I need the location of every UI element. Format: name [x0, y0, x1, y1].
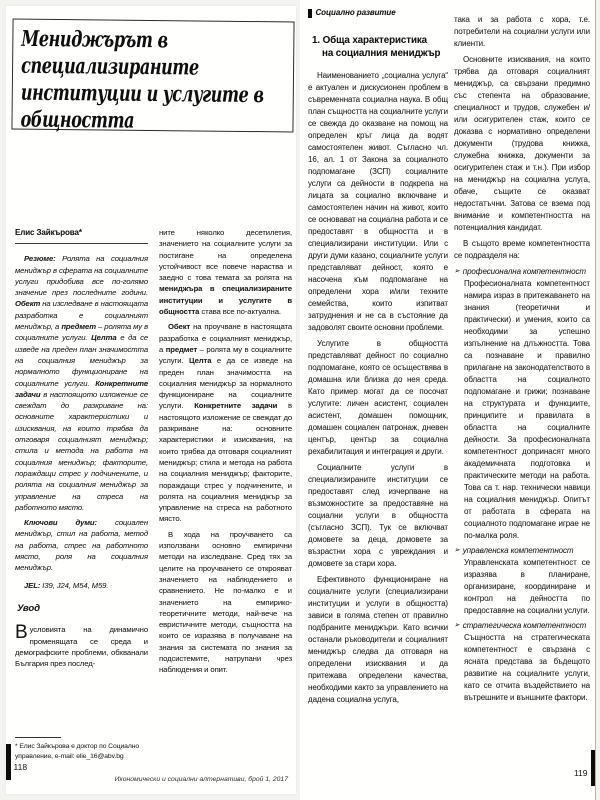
section-heading-line2: на социалния мениджър [312, 47, 448, 60]
section-marker-icon [308, 9, 312, 18]
intro-dropcap: В [15, 624, 30, 640]
section-label: Социално развитие [316, 7, 396, 19]
body-paragraph: ните няколко десетилетия, значението на … [159, 227, 292, 317]
left-page-columns: Елис Зайкърова* Резюме: Ролята на социал… [15, 227, 292, 761]
page-number: 119 [574, 768, 588, 786]
right-column-2: така и за работа с хора, т.е. потребител… [454, 14, 590, 707]
bullet-label: стратегическа компетентност [463, 620, 586, 632]
bullet-arrow-icon: ➢ [454, 620, 460, 632]
footnote-text: * Елис Зайкърова е доктор по Социално уп… [15, 742, 148, 761]
bullet-label: управленска компетентност [463, 545, 574, 557]
right-column-1: Социално развитие 1. Обща характеристика… [308, 7, 448, 710]
body-paragraph: така и за работа с хора, т.е. потребител… [454, 14, 590, 50]
running-header: Социално развитие [308, 7, 448, 19]
article-title: Мениджърът в специализираните институции… [20, 27, 272, 137]
section-heading: 1. Обща характеристика на социалния мени… [312, 34, 448, 60]
footnote-divider [15, 737, 61, 738]
page-edge-bar-icon [591, 750, 596, 786]
journal-footer: Икономически и социални алтернативи, бро… [115, 776, 288, 783]
body-paragraph: Основните изисквания, на които трябва да… [454, 54, 590, 234]
intro-paragraph: Вусловията на динамично променящата се с… [15, 624, 148, 669]
bullet-body: Управленската компетентност се изразява … [454, 557, 590, 617]
bullet-label: професионална компетентност [463, 266, 586, 278]
intro-heading: Увод [17, 603, 148, 614]
jel-line: JEL: I39, J24, M54, M59. [15, 580, 148, 591]
body-paragraph: В хода на проучването са използвани осно… [159, 529, 292, 676]
competency-bullet: ➢ управленска компетентност Управленскат… [454, 545, 590, 617]
bullet-arrow-icon: ➢ [454, 545, 460, 557]
body-paragraph: Обект на проучване в настоящата разработ… [159, 321, 292, 524]
author-footnote: * Елис Зайкърова е доктор по Социално уп… [15, 737, 148, 761]
left-column-2: ните няколко десетилетия, значението на … [159, 227, 292, 761]
author-name: Елис Зайкърова* [15, 227, 148, 244]
left-page: Мениджърът в специализираните институции… [6, 6, 296, 794]
body-paragraph: Ефективното функциониране на социалните … [308, 574, 448, 706]
intro-text: условията на динамично променящата се ср… [15, 625, 148, 668]
competency-bullet: ➢ професионална компетентност Професиона… [454, 266, 590, 542]
left-column-1: Елис Зайкърова* Резюме: Ролята на социал… [15, 227, 148, 761]
competency-bullet: ➢ стратегическа компетентност Същността … [454, 620, 590, 704]
right-page: Социално развитие 1. Обща характеристика… [300, 0, 596, 800]
page-number-block-left: 118 [6, 744, 27, 780]
abstract-paragraph: Резюме: Ролята на социалния мениджър в с… [15, 253, 148, 513]
bullet-body: Професионалната компетентност намира изр… [454, 278, 590, 542]
page-number-block-right: 119 [574, 750, 595, 786]
page-edge-bar-icon [6, 744, 11, 780]
keywords-paragraph: Ключови думи: социален мениджър, стил на… [15, 517, 148, 573]
section-heading-line1: 1. Обща характеристика [312, 34, 448, 47]
body-paragraph: Наименованието „социална услуга“ е актуа… [308, 70, 448, 334]
page-number: 118 [14, 762, 28, 780]
body-paragraph: Услугите в общността представляват дейно… [308, 338, 448, 458]
article-title-box: Мениджърът в специализираните институции… [11, 19, 294, 133]
body-paragraph: В същото време компетентността се подраз… [454, 238, 590, 262]
bullet-body: Същността на стратегическата компетентно… [454, 632, 590, 704]
body-paragraph: Социалните услуги в специализираните инс… [308, 462, 448, 570]
bullet-arrow-icon: ➢ [454, 266, 460, 278]
